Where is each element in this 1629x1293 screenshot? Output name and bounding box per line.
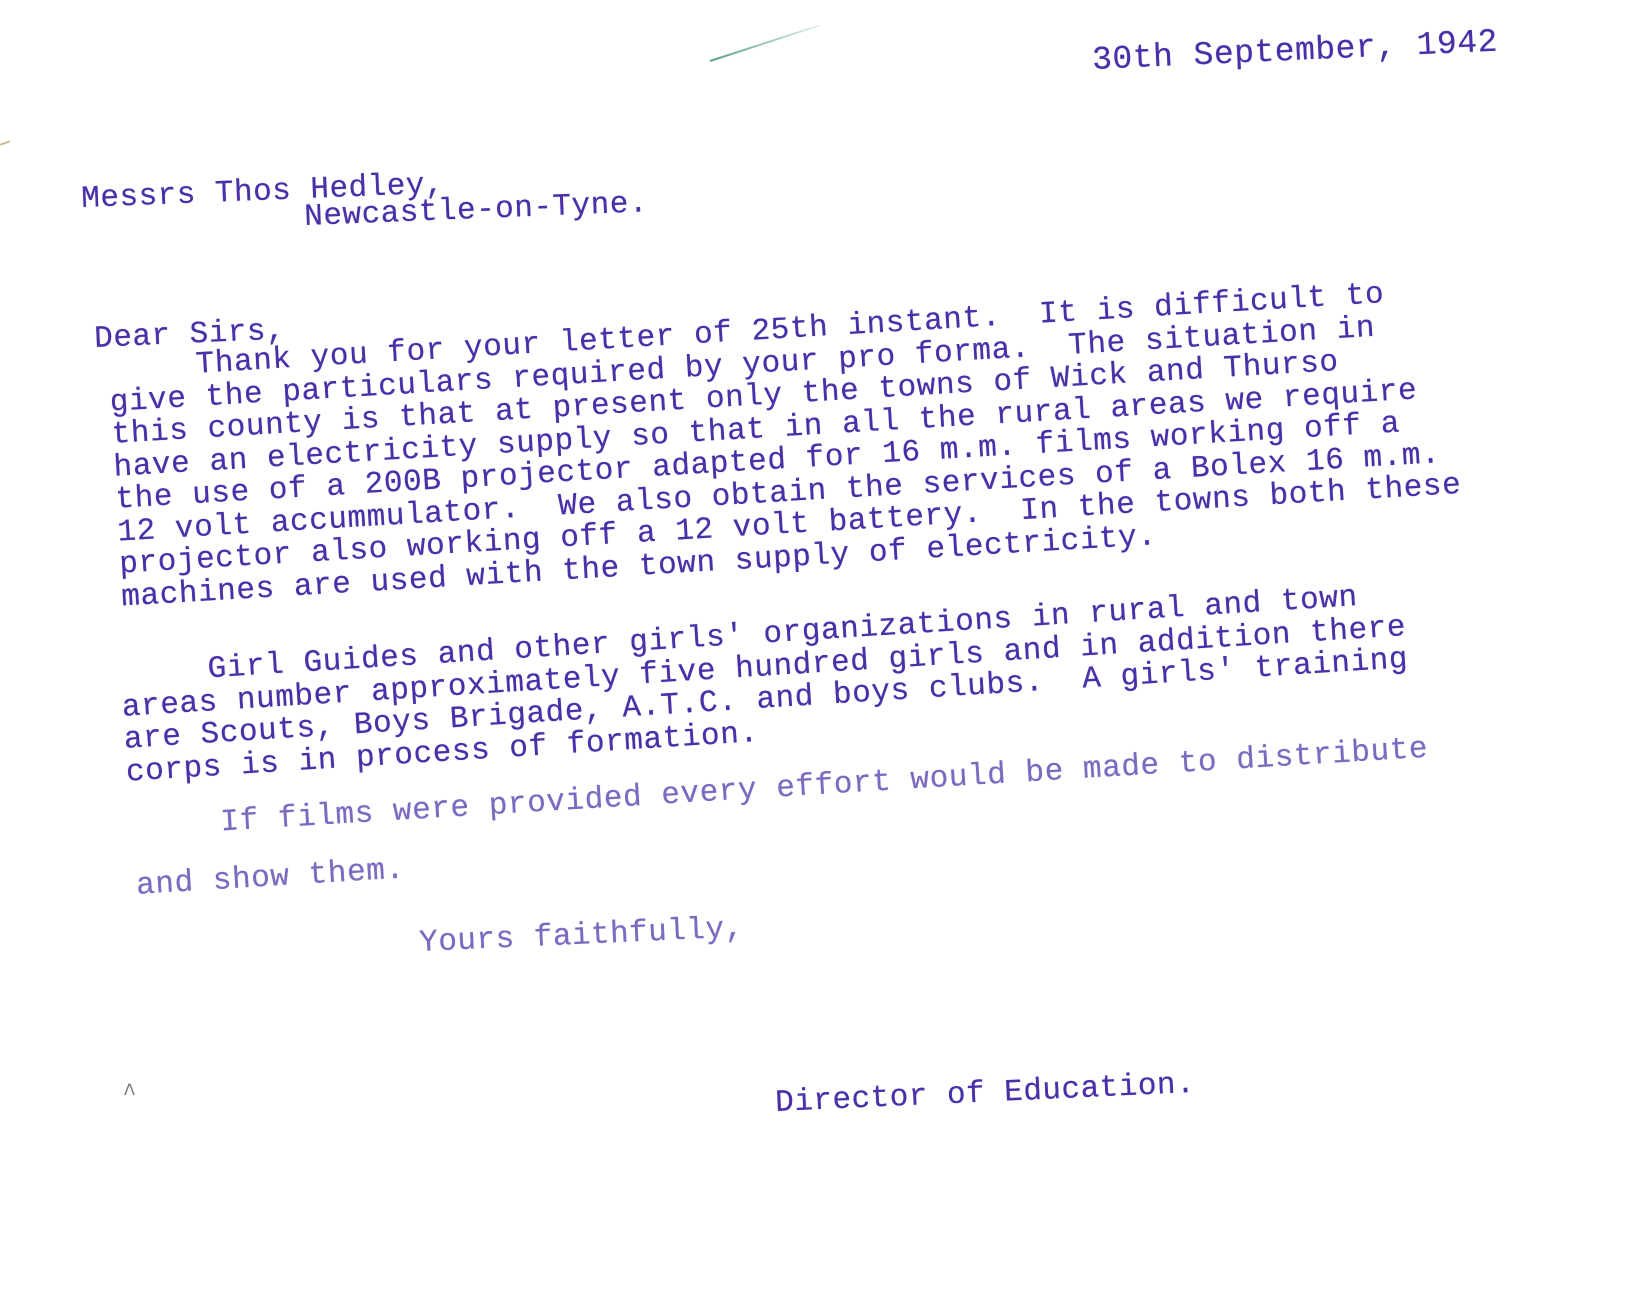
letter-date: 30th September, 1942 [1092,26,1499,77]
green-pen-stroke [710,25,820,62]
closing: Yours faithfully, [419,913,745,959]
signature-title: Director of Education. [775,1069,1196,1119]
paragraph-1: Thank you for your letter of 25th instan… [107,275,1464,614]
edge-mark [0,140,10,145]
typewritten-letter: 30th September, 1942 Messrs Thos Hedley,… [0,0,1629,1293]
pencil-mark-icon: Λ [124,1080,135,1099]
